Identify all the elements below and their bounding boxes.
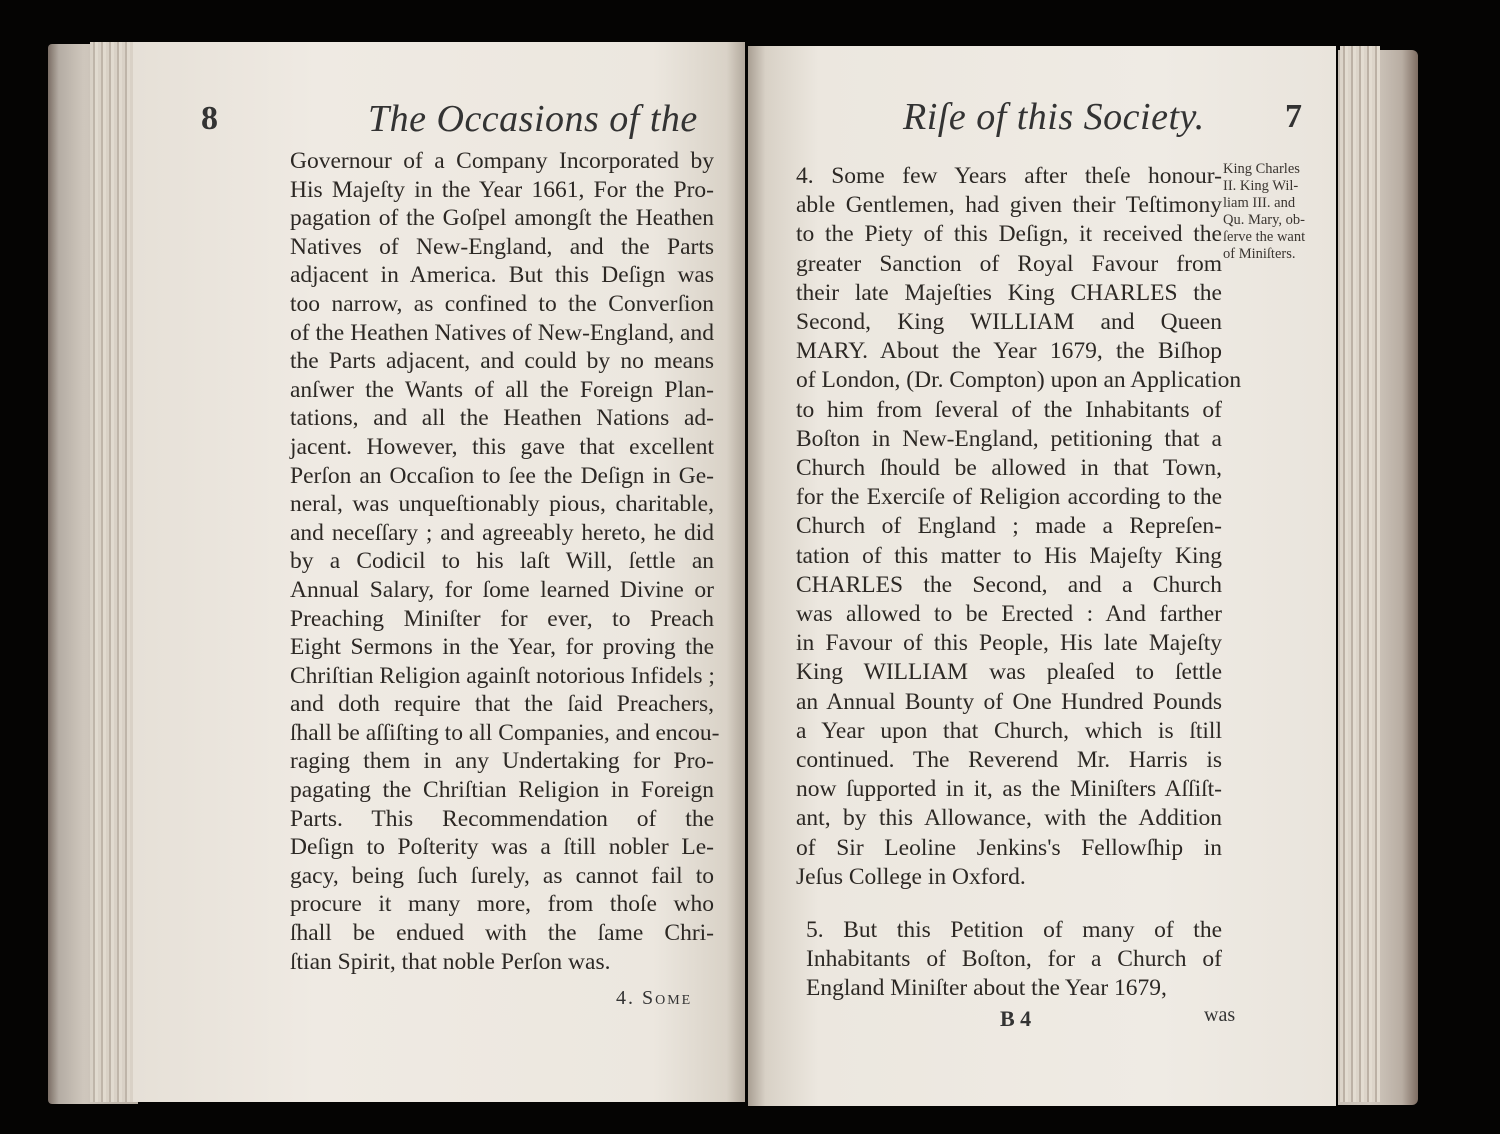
text-line: raging them in any Undertaking for Pro-	[290, 747, 714, 776]
text-line: 5. But this Petition of many of the	[806, 916, 1222, 945]
text-line: King WILLIAM was pleaſed to ſettle	[796, 658, 1222, 687]
text-line: Inhabitants of Boſton, for a Church of	[806, 945, 1222, 974]
page-number-right: 7	[1285, 98, 1302, 136]
text-line: MARY. About the Year 1679, the Biſhop	[796, 337, 1222, 366]
text-line: adjacent in America. But this Deſign was	[290, 261, 714, 290]
text-line: of the Heathen Natives of New-England, a…	[290, 319, 714, 348]
text-line: greater Sanction of Royal Favour from	[796, 250, 1222, 279]
text-line: ſhall be aſſiſting to all Companies, and…	[290, 719, 714, 748]
text-line: by a Codicil to his laſt Will, ſettle an	[290, 547, 714, 576]
text-line: now ſupported in it, as the Miniſters Aſ…	[796, 775, 1222, 804]
text-line: Jeſus College in Oxford.	[796, 863, 1222, 892]
text-line: Parts. This Recommendation of the	[290, 805, 714, 834]
text-line: ſhall be endued with the ſame Chri-	[290, 919, 714, 948]
text-line: Perſon an Occaſion to ſee the Deſign in …	[290, 462, 714, 491]
text-line: too narrow, as confined to the Converſio…	[290, 290, 714, 319]
text-line: Chriſtian Religion againſt notorious Inf…	[290, 662, 714, 691]
catchword-left: 4. Some	[616, 987, 692, 1010]
text-line: 4. Some few Years after theſe honour-	[796, 162, 1222, 191]
text-line: and neceſſary ; and agreeably hereto, he…	[290, 519, 714, 548]
text-line: Natives of New-England, and the Parts	[290, 233, 714, 262]
margin-note-line: Qu. Mary, ob-	[1223, 212, 1313, 229]
text-line: an Annual Bounty of One Hundred Pounds	[796, 688, 1222, 717]
text-line: able Gentlemen, had given their Teſtimon…	[796, 191, 1222, 220]
text-line: pagating the Chriſtian Religion in Forei…	[290, 776, 714, 805]
paragraph-5: 5. But this Petition of many of theInhab…	[806, 916, 1222, 1004]
text-line: to him from ſeveral of the Inhabitants o…	[796, 396, 1222, 425]
text-line: neral, was unqueſtionably pious, charita…	[290, 490, 714, 519]
margin-note-line: of Miniſters.	[1223, 246, 1313, 263]
page-number-left: 8	[201, 100, 218, 138]
text-line: Second, King WILLIAM and Queen	[796, 308, 1222, 337]
margin-note-line: ſerve the want	[1223, 229, 1313, 246]
text-line: His Majeſty in the Year 1661, For the Pr…	[290, 176, 714, 205]
text-line: Church ſhould be allowed in that Town,	[796, 454, 1222, 483]
text-line: Church of England ; made a Repreſen-	[796, 512, 1222, 541]
text-line: procure it many more, from thoſe who	[290, 890, 714, 919]
text-line: ant, by this Allowance, with the Additio…	[796, 804, 1222, 833]
text-line: continued. The Reverend Mr. Harris is	[796, 746, 1222, 775]
text-line: Annual Salary, for ſome learned Divine o…	[290, 576, 714, 605]
text-line: was allowed to be Erected : And farther	[796, 600, 1222, 629]
text-line: tations, and all the Heathen Nations ad-	[290, 404, 714, 433]
catchword-right: was	[1204, 1004, 1235, 1027]
text-line: a Year upon that Church, which is ſtill	[796, 717, 1222, 746]
marginal-note: King CharlesII. King Wil-liam III. andQu…	[1223, 161, 1313, 263]
text-line: the Parts adjacent, and could by no mean…	[290, 347, 714, 376]
right-page: Riſe of this Society. 7 4. Some few Year…	[748, 46, 1336, 1106]
running-head-left: The Occasions of the	[368, 97, 698, 141]
text-line: pagation of the Goſpel amongſt the Heath…	[290, 204, 714, 233]
text-line: tation of this matter to His Majeſty Kin…	[796, 542, 1222, 571]
text-line: anſwer the Wants of all the Foreign Plan…	[290, 376, 714, 405]
text-line: Preaching Miniſter for ever, to Preach	[290, 605, 714, 634]
text-line: Eight Sermons in the Year, for proving t…	[290, 633, 714, 662]
text-line: Deſign to Poſterity was a ſtill nobler L…	[290, 833, 714, 862]
left-body-text: Governour of a Company Incorporated byHi…	[290, 147, 714, 976]
text-line: for the Exerciſe of Religion according t…	[796, 483, 1222, 512]
text-line: Boſton in New-England, petitioning that …	[796, 425, 1222, 454]
text-line: ſtian Spirit, that noble Perſon was.	[290, 948, 714, 977]
text-line: their late Majeſties King CHARLES the	[796, 279, 1222, 308]
text-line: gacy, being ſuch ſurely, as cannot fail …	[290, 862, 714, 891]
text-line: CHARLES the Second, and a Church	[796, 571, 1222, 600]
margin-note-line: King Charles	[1223, 161, 1313, 178]
right-page-edges	[1340, 46, 1380, 1102]
text-line: to the Piety of this Deſign, it received…	[796, 220, 1222, 249]
text-line: in Favour of this People, His late Majeſ…	[796, 629, 1222, 658]
running-head-right: Riſe of this Society.	[903, 95, 1205, 139]
text-line: England Miniſter about the Year 1679,	[806, 974, 1222, 1003]
margin-note-line: liam III. and	[1223, 195, 1313, 212]
text-line: of London, (Dr. Compton) upon an Applica…	[796, 366, 1222, 395]
left-page: 8 The Occasions of the Governour of a Co…	[133, 42, 745, 1102]
text-line: of Sir Leoline Jenkins's Fellowſhip in	[796, 834, 1222, 863]
open-book: 8 The Occasions of the Governour of a Co…	[48, 40, 1418, 1110]
text-line: jacent. However, this gave that excellen…	[290, 433, 714, 462]
text-line: and doth require that the ſaid Preachers…	[290, 690, 714, 719]
text-line: Governour of a Company Incorporated by	[290, 147, 714, 176]
margin-note-line: II. King Wil-	[1223, 178, 1313, 195]
paragraph-4: 4. Some few Years after theſe honour-abl…	[796, 162, 1222, 892]
signature-mark: B 4	[1000, 1006, 1031, 1032]
